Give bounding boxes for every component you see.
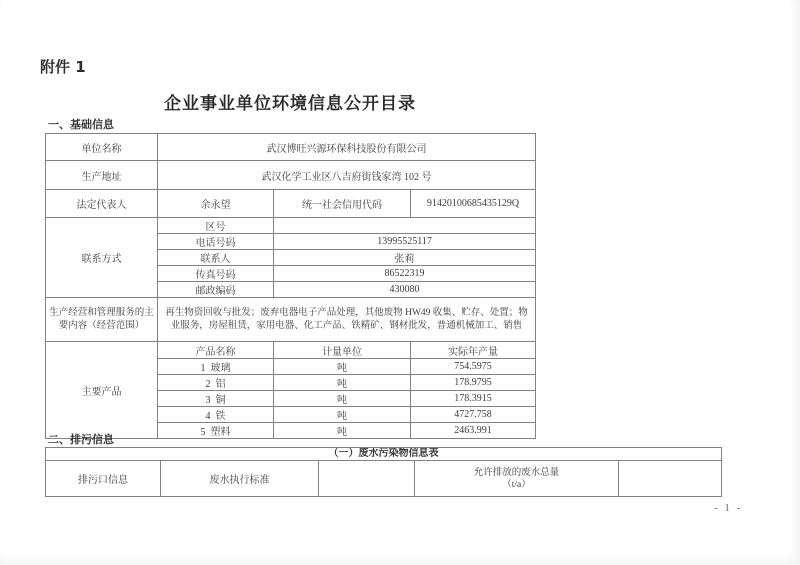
allowed-total-value bbox=[619, 461, 722, 497]
product-no: 1 bbox=[201, 363, 206, 374]
legal-rep-label: 法定代表人 bbox=[46, 190, 158, 218]
unit-name-label: 单位名称 bbox=[46, 134, 158, 161]
table-row: 排污口信息 废水执行标准 允许排放的废水总量 （t/a） bbox=[46, 461, 722, 497]
table-row: （一）废水污染物信息表 bbox=[46, 448, 722, 461]
legal-rep-value: 余永望 bbox=[158, 190, 274, 218]
product-output-header: 实际年产量 bbox=[411, 342, 536, 359]
allowed-total-unit: （t/a） bbox=[418, 479, 615, 491]
standard-label: 废水执行标准 bbox=[161, 461, 319, 497]
product-unit: 吨 bbox=[274, 359, 411, 375]
product-name: 1玻璃 bbox=[158, 359, 274, 375]
fax-label: 传真号码 bbox=[158, 266, 274, 282]
product-no: 5 bbox=[201, 427, 206, 438]
unit-name-value: 武汉博旺兴源环保科技股份有限公司 bbox=[158, 134, 536, 161]
business-scope-value: 再生物资回收与批发；废弃电器电子产品处理，其他废物 HW49 收集、贮存、处置；… bbox=[158, 298, 536, 342]
phone-label: 电话号码 bbox=[158, 234, 274, 250]
business-scope-label: 生产经营和管理服务的主要内容（经营范围） bbox=[46, 298, 158, 342]
phone-value: 13995525117 bbox=[274, 234, 536, 250]
product-name: 4铁 bbox=[158, 407, 274, 423]
product-output: 4727.758 bbox=[411, 407, 536, 423]
standard-value bbox=[319, 461, 415, 497]
credit-code-label: 统一社会信用代码 bbox=[274, 190, 411, 218]
product-name: 3铜 bbox=[158, 391, 274, 407]
product-unit: 吨 bbox=[274, 407, 411, 423]
document-page: 附件 1 企业事业单位环境信息公开目录 一、基础信息 单位名称 武汉博旺兴源环保… bbox=[0, 0, 800, 565]
product-output: 754.5975 bbox=[411, 359, 536, 375]
product-name-text: 铁 bbox=[216, 411, 226, 422]
product-no: 4 bbox=[206, 411, 211, 422]
product-name: 2铝 bbox=[158, 375, 274, 391]
contact-person-value: 张莉 bbox=[274, 250, 536, 266]
product-output: 178.3915 bbox=[411, 391, 536, 407]
product-name-text: 玻璃 bbox=[211, 363, 231, 374]
product-name-text: 塑料 bbox=[211, 427, 231, 438]
product-unit: 吨 bbox=[274, 391, 411, 407]
area-code-label: 区号 bbox=[158, 218, 274, 234]
contact-label: 联系方式 bbox=[46, 218, 158, 298]
postcode-label: 邮政编码 bbox=[158, 282, 274, 298]
page-number: - 1 - bbox=[714, 502, 742, 514]
basic-info-table: 单位名称 武汉博旺兴源环保科技股份有限公司 生产地址 武汉化学工业区八吉府街钱家… bbox=[45, 133, 536, 439]
product-name-text: 铜 bbox=[216, 395, 226, 406]
address-value: 武汉化学工业区八吉府街钱家湾 102 号 bbox=[158, 161, 536, 190]
table-row: 主要产品 产品名称 计量单位 实际年产量 bbox=[46, 342, 536, 359]
product-output: 2463.991 bbox=[411, 423, 536, 439]
product-name: 5塑料 bbox=[158, 423, 274, 439]
document-title: 企业事业单位环境信息公开目录 bbox=[45, 89, 535, 114]
product-no: 3 bbox=[206, 395, 211, 406]
postcode-value: 430080 bbox=[274, 282, 536, 298]
section-heading-discharge-info: 二、排污信息 bbox=[48, 431, 114, 447]
product-no: 2 bbox=[206, 379, 211, 390]
table-row: 单位名称 武汉博旺兴源环保科技股份有限公司 bbox=[46, 134, 536, 161]
products-label: 主要产品 bbox=[46, 342, 158, 439]
table-row: 生产地址 武汉化学工业区八吉府街钱家湾 102 号 bbox=[46, 161, 536, 190]
product-name-header: 产品名称 bbox=[158, 342, 274, 359]
product-unit-header: 计量单位 bbox=[274, 342, 411, 359]
product-output: 178.9795 bbox=[411, 375, 536, 391]
outlet-info-label: 排污口信息 bbox=[46, 461, 161, 497]
contact-person-label: 联系人 bbox=[158, 250, 274, 266]
table-row: 生产经营和管理服务的主要内容（经营范围） 再生物资回收与批发；废弃电器电子产品处… bbox=[46, 298, 536, 342]
attachment-label: 附件 1 bbox=[40, 56, 86, 77]
credit-code-value: 91420100685435129Q bbox=[411, 190, 536, 218]
table-row: 联系方式 区号 bbox=[46, 218, 536, 234]
wastewater-table: （一）废水污染物信息表 排污口信息 废水执行标准 允许排放的废水总量 （t/a） bbox=[45, 447, 722, 497]
area-code-value bbox=[274, 218, 536, 234]
allowed-total-label: 允许排放的废水总量 bbox=[418, 467, 615, 479]
section-heading-basic-info: 一、基础信息 bbox=[48, 116, 114, 132]
allowed-total-label-cell: 允许排放的废水总量 （t/a） bbox=[415, 461, 619, 497]
fax-value: 86522319 bbox=[274, 266, 536, 282]
product-unit: 吨 bbox=[274, 375, 411, 391]
wastewater-table-title: （一）废水污染物信息表 bbox=[46, 448, 722, 461]
table-row: 法定代表人 余永望 统一社会信用代码 91420100685435129Q bbox=[46, 190, 536, 218]
product-name-text: 铝 bbox=[216, 379, 226, 390]
address-label: 生产地址 bbox=[46, 161, 158, 190]
product-unit: 吨 bbox=[274, 423, 411, 439]
